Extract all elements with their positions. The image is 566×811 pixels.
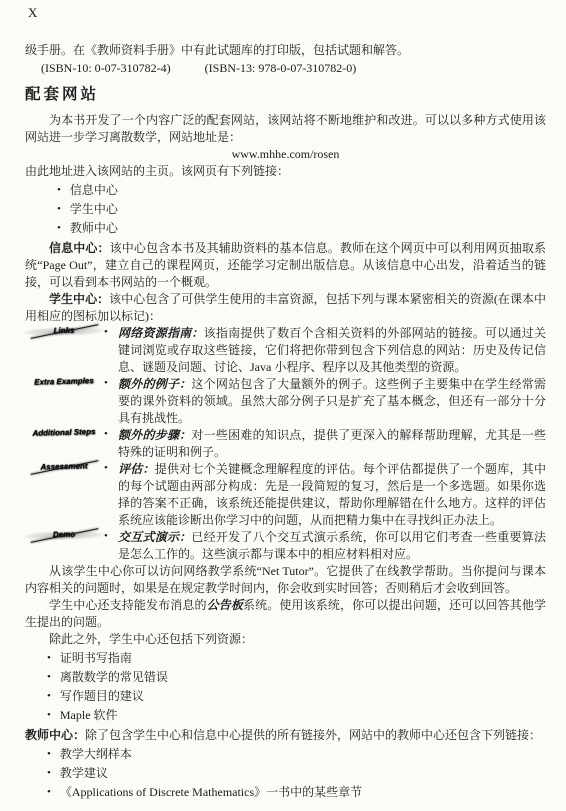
page-content: 级手册。在《教师资料手册》中有此试题库的打印版，包括试题和解答。 (ISBN-1… [25,42,546,804]
student-resource-list: 证明书写指南 离散数学的常见错误 写作题目的建议 Maple 软件 [25,649,546,725]
list-item-student-center: 学生中心 [57,200,546,219]
resource-lead: 评估： [118,462,155,476]
homepage-paragraph: 由此地址进入该网站的主页。该网页有下列链接： [25,163,546,180]
assessment-icon: Assessment [23,462,105,473]
page-number: X [28,5,38,21]
resource-item-additional-steps: Additional Steps 额外的步骤：对一些困难的知识点，提供了更深入的… [118,427,546,461]
list-item-proof-guide: 证明书写指南 [47,649,546,668]
net-tutor-paragraph: 从该学生中心你可以访问网络教学系统“Net Tutor”。它提供了在线教学帮助。… [25,563,546,597]
teacher-center-lead: 教师中心： [25,728,85,742]
bulletin-board-term: 公告板 [207,598,243,612]
student-center-lead: 学生中心： [49,292,109,306]
extra-examples-icon: Extra Examples [23,377,105,388]
book-page: X 级手册。在《教师资料手册》中有此试题库的打印版，包括试题和解答。 (ISBN… [0,0,566,811]
additional-resources-paragraph: 除此之外，学生中心还包括下列资源： [25,631,546,648]
student-center-paragraph: 学生中心：该中心包含了可供学生使用的丰富资源，包括下列与课本紧密相关的资源(在课… [25,291,546,325]
list-item-teaching-suggestions: 教学建议 [47,764,546,783]
resource-item-web-guide: Links 网络资源指南：该指南提供了数百个含相关资料的外部网站的链接。可以通过… [118,325,546,376]
teacher-center-body: 除了包含学生中心和信息中心提供的所有链接外，网站中的教师中心还包含下列链接： [85,728,541,742]
website-url: www.mhhe.com/rosen [25,146,546,163]
resource-lead: 额外的步骤： [118,428,191,442]
list-item-applications-chapters: 《Applications of Discrete Mathematics》一书… [47,783,546,802]
info-center-lead: 信息中心： [49,241,110,255]
list-item-maple-software: Maple 软件 [47,706,546,725]
resource-item-assessment: Assessment 评估：提供对七个关键概念理解程度的评估。每个评估都提供了一… [118,461,546,529]
resource-item-extra-examples: Extra Examples 额外的例子：这个网站包含了大量额外的例子。这些例子… [118,376,546,427]
center-links-list: 信息中心 学生中心 教师中心 [25,181,546,238]
bulletin-board-paragraph: 学生中心还支持能发布消息的公告板系统。使用该系统，你可以提出问题，还可以回答其他… [25,597,546,631]
list-item-teacher-center: 教师中心 [57,219,546,238]
resource-lead: 额外的例子： [118,377,191,391]
resource-item-demo: Demo 交互式演示：已经开发了八个交互式演示系统，你可以用它们考查一些重要算法… [118,529,546,563]
resource-lead: 网络资源指南： [118,326,204,340]
website-intro-paragraph: 为本书开发了一个内容广泛的配套网站，该网站将不断地维护和改进。可以以多种方式使用… [25,112,546,146]
info-center-paragraph: 信息中心：该中心包含本书及其辅助资料的基本信息。教师在这个网页中可以利用网页抽取… [25,240,546,291]
resource-body: 提供对七个关键概念理解程度的评估。每个评估都提供了一个题库，其中的每个试题由两部… [118,462,546,527]
isbn-line: (ISBN-10: 0-07-310782-4)(ISBN-13: 978-0-… [25,60,546,77]
demo-icon: Demo [23,530,105,541]
additional-steps-icon: Additional Steps [23,428,105,439]
isbn-10: (ISBN-10: 0-07-310782-4) [41,61,171,75]
list-item-info-center: 信息中心 [57,181,546,200]
list-item-common-errors: 离散数学的常见错误 [47,668,546,687]
continuation-paragraph: 级手册。在《教师资料手册》中有此试题库的打印版，包括试题和解答。 [25,42,546,59]
teacher-center-paragraph: 教师中心：除了包含学生中心和信息中心提供的所有链接外，网站中的教师中心还包含下列… [25,727,546,744]
list-item-writing-suggestions: 写作题目的建议 [47,687,546,706]
teacher-resource-list: 教学大纲样本 教学建议 《Applications of Discrete Ma… [25,745,546,802]
isbn-13: (ISBN-13: 978-0-07-310782-0) [205,61,357,75]
board-pre: 学生中心还支持能发布消息的 [49,598,207,612]
list-item-syllabus-samples: 教学大纲样本 [47,745,546,764]
links-icon: Links [23,326,105,337]
section-heading: 配套网站 [25,86,546,103]
resource-lead: 交互式演示： [118,530,191,544]
student-resource-icon-list: Links 网络资源指南：该指南提供了数百个含相关资料的外部网站的链接。可以通过… [25,325,546,563]
